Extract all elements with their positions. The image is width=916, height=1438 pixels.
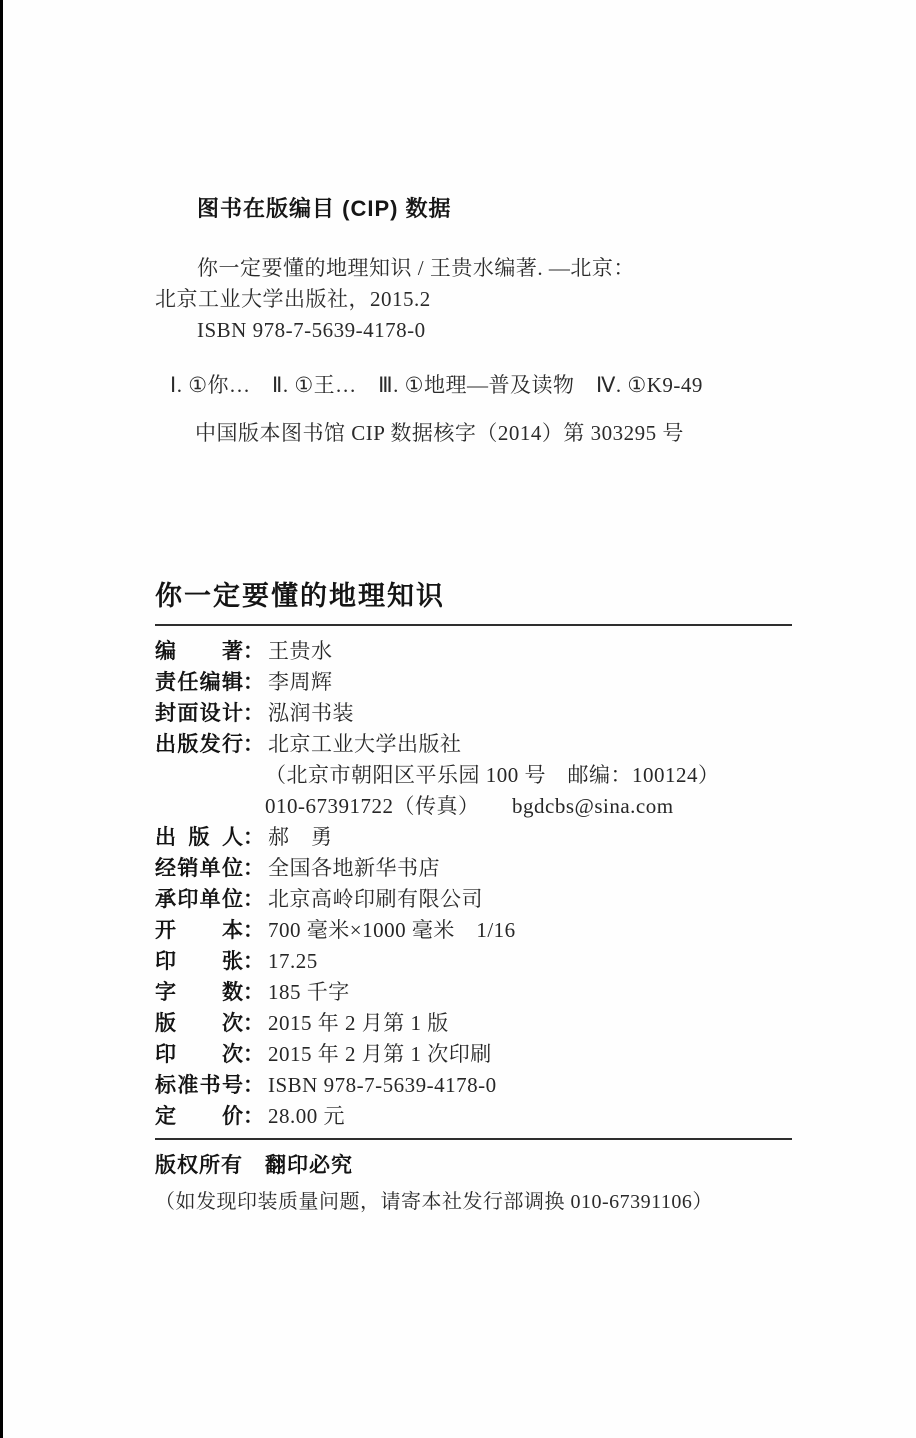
row-label: 出版发行 <box>155 729 243 760</box>
quality-note: （如发现印装质量问题，请寄本社发行部调换 010-67391106） <box>155 1187 792 1217</box>
colophon-row-format: 开本：700 毫米×1000 毫米 1/16 <box>155 915 792 946</box>
row-value: 2015 年 2 月第 1 版 <box>268 1011 449 1035</box>
scan-edge-line <box>0 0 3 1438</box>
cip-header: 图书在版编目 (CIP) 数据 <box>197 195 792 223</box>
row-colon: ： <box>243 1105 264 1128</box>
colophon-row-printer: 承印单位：北京高岭印刷有限公司 <box>155 884 792 915</box>
row-colon: ： <box>243 640 264 663</box>
cip-record-number: 中国版本图书馆 CIP 数据核字（2014）第 303295 号 <box>195 418 792 449</box>
row-colon: ： <box>243 733 264 756</box>
row-value: 李周辉 <box>268 670 333 694</box>
copyright-page: 图书在版编目 (CIP) 数据 你一定要懂的地理知识 / 王贵水编著. —北京：… <box>0 0 916 1438</box>
row-value: （北京市朝阳区平乐园 100 号 邮编：100124） <box>265 763 720 787</box>
cip-section: 图书在版编目 (CIP) 数据 你一定要懂的地理知识 / 王贵水编著. —北京：… <box>155 195 792 449</box>
row-value: 700 毫米×1000 毫米 1/16 <box>268 918 516 942</box>
colophon-row-publisher-address: （北京市朝阳区平乐园 100 号 邮编：100124） <box>155 760 792 791</box>
row-colon: ： <box>243 671 264 694</box>
row-label: 版次 <box>155 1008 243 1039</box>
row-colon: ： <box>243 702 264 725</box>
row-colon: ： <box>243 888 264 911</box>
row-colon: ： <box>243 1012 264 1035</box>
row-colon: ： <box>243 826 264 849</box>
row-label: 开本 <box>155 915 243 946</box>
colophon-row-publisher-contact: 010-67391722（传真） bgdcbs@sina.com <box>155 791 792 822</box>
row-colon: ： <box>243 981 264 1004</box>
colophon-row-distributor: 经销单位：全国各地新华书店 <box>155 853 792 884</box>
colophon-row-word-count: 字数：185 千字 <box>155 977 792 1008</box>
colophon-row-printing: 印次：2015 年 2 月第 1 次印刷 <box>155 1039 792 1070</box>
row-label: 经销单位 <box>155 853 243 884</box>
row-label: 封面设计 <box>155 698 243 729</box>
colophon-row-publisher: 出版发行：北京工业大学出版社 <box>155 729 792 760</box>
row-value: 28.00 元 <box>268 1104 345 1128</box>
colophon-row-cover-design: 封面设计：泓润书装 <box>155 698 792 729</box>
row-colon: ： <box>243 1043 264 1066</box>
colophon-row-publishing-person: 出版人：郝 勇 <box>155 822 792 853</box>
title-rule <box>155 624 792 626</box>
row-value: 郝 勇 <box>268 825 333 849</box>
footer-rule <box>155 1138 792 1140</box>
row-value: 北京工业大学出版社 <box>268 732 462 756</box>
colophon: 编著：王贵水 责任编辑：李周辉 封面设计：泓润书装 出版发行：北京工业大学出版社… <box>155 636 792 1132</box>
row-label: 标准书号 <box>155 1070 243 1101</box>
book-title: 你一定要懂的地理知识 <box>155 581 792 611</box>
row-value: 17.25 <box>268 949 318 973</box>
row-label: 出版人 <box>155 822 243 853</box>
cip-paragraph: 你一定要懂的地理知识 / 王贵水编著. —北京： 北京工业大学出版社，2015.… <box>155 253 792 346</box>
cip-line: ISBN 978-7-5639-4178-0 <box>197 315 792 346</box>
row-value: 王贵水 <box>268 639 333 663</box>
row-label: 字数 <box>155 977 243 1008</box>
row-value: 全国各地新华书店 <box>268 856 440 880</box>
colophon-row-responsible-editor: 责任编辑：李周辉 <box>155 667 792 698</box>
row-value: 185 千字 <box>268 980 350 1004</box>
colophon-row-price: 定价：28.00 元 <box>155 1101 792 1132</box>
row-colon: ： <box>243 857 264 880</box>
row-value: ISBN 978-7-5639-4178-0 <box>268 1073 497 1097</box>
row-value: 010-67391722（传真） bgdcbs@sina.com <box>265 794 674 818</box>
colophon-row-sheets: 印张：17.25 <box>155 946 792 977</box>
row-colon: ： <box>243 950 264 973</box>
colophon-row-editor: 编著：王贵水 <box>155 636 792 667</box>
row-label: 印张 <box>155 946 243 977</box>
row-value: 北京高岭印刷有限公司 <box>268 887 483 911</box>
row-label: 编著 <box>155 636 243 667</box>
row-value: 2015 年 2 月第 1 次印刷 <box>268 1042 492 1066</box>
row-value: 泓润书装 <box>268 701 354 725</box>
colophon-row-edition: 版次：2015 年 2 月第 1 版 <box>155 1008 792 1039</box>
cip-line: 你一定要懂的地理知识 / 王贵水编著. —北京： <box>197 253 792 284</box>
row-label: 承印单位 <box>155 884 243 915</box>
row-label: 印次 <box>155 1039 243 1070</box>
row-colon: ： <box>243 919 264 942</box>
row-colon: ： <box>243 1074 264 1097</box>
page-content: 图书在版编目 (CIP) 数据 你一定要懂的地理知识 / 王贵水编著. —北京：… <box>0 0 916 1217</box>
colophon-row-isbn: 标准书号：ISBN 978-7-5639-4178-0 <box>155 1070 792 1101</box>
row-label: 责任编辑 <box>155 667 243 698</box>
cip-classification: Ⅰ. ①你… Ⅱ. ①王… Ⅲ. ①地理—普及读物 Ⅳ. ①K9-49 <box>170 370 792 401</box>
row-label: 定价 <box>155 1101 243 1132</box>
copyright-notice: 版权所有 翻印必究 <box>155 1151 792 1181</box>
cip-line: 北京工业大学出版社，2015.2 <box>155 284 792 315</box>
